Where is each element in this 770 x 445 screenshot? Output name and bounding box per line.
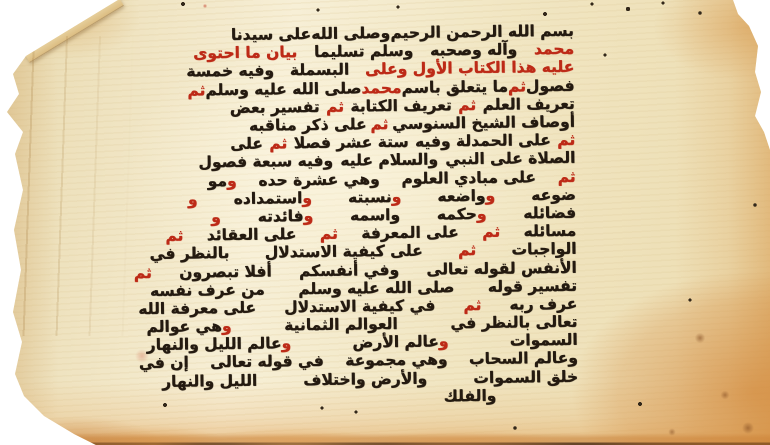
ink-text: وسلم تسليما — [314, 42, 413, 61]
rubric-text: ثم — [458, 96, 476, 114]
text-chunk: تعريف الكتابة — [350, 96, 452, 115]
text-chunk: على الحمدلة وفيه — [415, 131, 551, 151]
text-chunk: تفسير قوله — [488, 276, 577, 295]
ink-text: الأنفس لقوله تعالى — [426, 258, 577, 278]
ink-text: هي عوالم — [146, 317, 222, 336]
rubric-text: و — [302, 189, 312, 207]
ink-text: وفيه سبعة فصول — [198, 152, 333, 172]
text-chunk: على — [230, 135, 263, 153]
text-chunk: محمد — [361, 78, 401, 96]
ink-text: تعريف العلم — [482, 94, 574, 113]
text-chunk: في قوله تعالى — [210, 352, 324, 371]
ink-text: البسملة — [290, 61, 350, 80]
paper-sheet: بسم الله الرحمن الرحيموصلى اللهعلى سيدنا… — [0, 0, 770, 445]
text-chunk: في كيفية الاستدلال — [284, 296, 435, 316]
text-chunk: ثم — [557, 167, 575, 185]
rubric-text: ثم — [557, 167, 575, 185]
ink-text: والسلام عليه — [340, 151, 438, 170]
ink-text: وصلى الله — [311, 24, 390, 43]
rubric-text: و — [485, 186, 495, 204]
text-chunk: وهي عوالم — [146, 317, 231, 336]
text-chunk: و — [188, 190, 198, 208]
rubric-text: و — [477, 205, 487, 223]
text-chunk: على معرفة الله — [138, 298, 256, 317]
ink-text: مو — [207, 171, 227, 189]
ink-text: العوالم الثمانية — [284, 315, 398, 334]
ink-text: واسمه — [350, 206, 400, 225]
text-chunk: وعالم السحاب — [469, 349, 578, 368]
text-chunk: ثم — [508, 77, 526, 95]
text-chunk: البسملة — [290, 61, 350, 80]
ink-text: تعالى بالنظر في — [450, 313, 577, 333]
text-chunk: ثم — [187, 81, 205, 99]
text-chunk: على كيفية الاستدلال — [265, 242, 423, 262]
rubric-text: عليه هذا الكتاب الأول وعلى — [365, 58, 574, 79]
text-chunk: ثم — [326, 97, 344, 115]
text-chunk: ثم — [458, 241, 476, 259]
crease-texture — [16, 36, 141, 336]
text-chunk: الليل والنهار — [162, 371, 257, 390]
manuscript-text: بسم الله الرحمن الرحيموصلى اللهعلى سيدنا… — [182, 22, 579, 409]
text-chunk: ثم — [458, 96, 476, 114]
ink-text: وفيه خمسة — [186, 62, 274, 81]
text-chunk: على العقائد — [207, 225, 297, 244]
ink-text: ضوعه — [531, 185, 576, 204]
text-chunk: السموات — [510, 331, 578, 350]
rubric-text: ثم — [458, 241, 476, 259]
ink-text: على سيدنا — [231, 25, 311, 44]
text-chunk: ثم — [134, 263, 152, 281]
text-chunk: وعالم الليل والنهار — [146, 334, 291, 354]
text-chunk: ثم — [463, 296, 481, 314]
text-chunk: ضوعه — [531, 185, 576, 204]
text-chunk: ونسبته — [348, 188, 402, 207]
ink-text: عرف ربه — [509, 295, 577, 314]
text-chunk: فضائله — [523, 204, 576, 223]
text-chunk: وواضعه — [437, 186, 495, 205]
text-chunk: العوالم الثمانية — [284, 315, 398, 334]
rubric-text: ثم — [269, 134, 287, 152]
ink-text: والفلك — [443, 386, 496, 405]
rubric-text: ثم — [463, 296, 481, 314]
text-chunk: أوصاف الشيخ السنوسي — [392, 113, 575, 133]
ink-text: ما يتعلق باسم — [401, 77, 508, 96]
text-chunk: الصلاة على النبي — [445, 149, 575, 169]
ink-text: وهي عشرة حده — [258, 170, 380, 189]
text-chunk: والسلام عليه — [340, 151, 438, 170]
scanned-manuscript: بسم الله الرحمن الرحيموصلى اللهعلى سيدنا… — [0, 0, 770, 445]
text-chunk: وفيه سبعة فصول — [198, 152, 333, 172]
text-chunk: ثم — [557, 131, 575, 149]
ink-text: والأرض واختلاف — [303, 369, 427, 389]
ink-text: صلى الله عليه وسلم — [298, 278, 454, 298]
text-chunk: من عرف نفسه — [150, 280, 265, 299]
text-chunk: بسم الله الرحمن الرحيم — [390, 22, 574, 42]
text-chunk: عليه هذا الكتاب الأول وعلى — [365, 58, 574, 79]
ink-text: نسبته — [348, 188, 392, 207]
text-chunk: وحكمه — [437, 205, 487, 224]
text-chunk: خلق السموات — [473, 367, 578, 386]
text-chunk: وفائدته — [257, 207, 313, 226]
rubric-text: ثم — [326, 97, 344, 115]
text-chunk: أفلا تبصرون — [179, 262, 272, 281]
text-chunk: تعريف العلم — [482, 94, 574, 113]
ink-text: تفسير قوله — [488, 276, 577, 295]
text-chunk: عرف ربه — [509, 295, 577, 314]
text-chunk: واستمداده — [233, 189, 312, 208]
rubric-text: بيان ما احتوى — [193, 43, 297, 62]
text-chunk: إن في — [139, 354, 189, 373]
ink-text: صلى الله عليه وسلم — [205, 79, 361, 99]
text-chunk: وهي مجموعة — [345, 351, 448, 370]
text-chunk: ستة عشر فصلا — [293, 133, 408, 152]
text-chunk: ثم — [482, 223, 500, 241]
text-chunk: تعالى بالنظر في — [450, 313, 577, 333]
text-chunk: على ذكر مناقبه — [249, 115, 367, 134]
ink-text: بسم الله الرحمن الرحيم — [390, 22, 574, 42]
rubric-text: و — [188, 190, 198, 208]
text-chunk: واسمه — [350, 206, 400, 225]
text-chunk: وفيه خمسة — [186, 62, 274, 81]
ink-text: واضعه — [437, 186, 485, 205]
rubric-text: و — [281, 334, 291, 352]
rubric-text: و — [222, 317, 232, 335]
ink-text: مسائله — [523, 222, 576, 241]
ink-text: أفلا تبصرون — [179, 262, 272, 281]
ink-text: فائدته — [257, 207, 303, 226]
ink-text: عالم الليل والنهار — [146, 334, 281, 354]
ink-text: بالنظر في — [149, 244, 229, 263]
ink-text: تعريف الكتابة — [350, 96, 452, 115]
text-chunk: وسلم تسليما — [314, 42, 413, 61]
ink-text: أوصاف الشيخ السنوسي — [392, 113, 575, 133]
ink-text: وآله وصحبه — [430, 41, 517, 60]
ink-text: تفسير بعض — [230, 98, 320, 117]
ink-text: السموات — [510, 331, 578, 350]
text-chunk: مسائله — [523, 222, 576, 241]
ink-text: استمداده — [233, 189, 302, 208]
text-chunk: صلى الله عليه وسلم — [298, 278, 454, 298]
text-chunk: و — [211, 208, 221, 226]
rubric-text: ثم — [165, 227, 183, 245]
text-chunk: تفسير بعض — [230, 98, 320, 117]
rubric-text: ثم — [370, 115, 388, 133]
ink-text: في كيفية الاستدلال — [284, 296, 435, 316]
rubric-text: ثم — [557, 131, 575, 149]
text-chunk: ثم — [269, 134, 287, 152]
ink-text: الليل والنهار — [162, 371, 257, 390]
ink-text: ستة عشر فصلا — [293, 133, 408, 152]
ink-text: الصلاة على النبي — [445, 149, 575, 169]
rubric-text: و — [391, 188, 401, 206]
text-chunk: ثم — [165, 227, 183, 245]
ink-text: خلق السموات — [473, 367, 578, 386]
text-chunk: وهي عشرة حده — [258, 170, 380, 189]
ink-text: حكمه — [437, 205, 477, 223]
text-chunk: الواجبات — [511, 240, 576, 259]
ink-text: على المعرفة — [361, 223, 459, 242]
ink-text: على كيفية الاستدلال — [265, 242, 423, 262]
ink-text: عالم الأرض — [352, 333, 439, 352]
ink-text: فضائله — [523, 204, 576, 223]
ink-text: على الحمدلة وفيه — [415, 131, 551, 151]
ink-text: وفي أنفسكم — [299, 260, 399, 279]
rubric-text: و — [211, 208, 221, 226]
rubric-text: ثم — [320, 225, 338, 243]
ink-text: وعالم السحاب — [469, 349, 578, 368]
ink-text: فصول — [526, 76, 575, 95]
text-chunk: بالنظر في — [149, 244, 229, 263]
text-chunk: الأنفس لقوله تعالى — [426, 258, 577, 278]
text-chunk: ومو — [207, 171, 236, 189]
ink-text: على العقائد — [207, 225, 297, 244]
text-chunk: والأرض واختلاف — [303, 369, 427, 389]
text-chunk: وفي أنفسكم — [299, 260, 399, 279]
ink-text: في قوله تعالى — [210, 352, 324, 371]
text-chunk: ثم — [370, 115, 388, 133]
text-chunk: وعالم الأرض — [352, 332, 448, 351]
text-chunk: والفلك — [443, 386, 496, 405]
ink-text: على معرفة الله — [138, 298, 256, 317]
rubric-text: و — [439, 332, 449, 350]
rubric-text: ثم — [134, 263, 152, 281]
text-chunk: على المعرفة — [361, 223, 459, 242]
ink-text: على — [230, 135, 263, 153]
text-chunk: ثم — [320, 225, 338, 243]
rubric-text: محمد — [361, 78, 401, 96]
ink-text: وهي مجموعة — [345, 351, 448, 370]
rubric-text: ثم — [508, 77, 526, 95]
ink-text: على مبادي العلوم — [401, 168, 536, 188]
text-chunk: بيان ما احتوى — [193, 43, 297, 62]
rubric-text: ثم — [482, 223, 500, 241]
text-chunk: على مبادي العلوم — [401, 168, 536, 188]
text-chunk: على سيدنا — [231, 25, 311, 44]
text-chunk: فصول — [526, 76, 575, 95]
text-chunk: ما يتعلق باسم — [401, 77, 508, 96]
rubric-text: و — [303, 207, 313, 225]
text-chunk: وآله وصحبه — [430, 41, 517, 60]
text-chunk: صلى الله عليه وسلم — [205, 79, 361, 99]
rubric-text: محمد — [534, 40, 574, 58]
ink-text: إن في — [139, 354, 189, 373]
text-chunk: وصلى الله — [311, 24, 390, 43]
ink-text: من عرف نفسه — [150, 280, 265, 299]
rubric-text: ثم — [187, 81, 205, 99]
text-chunk: محمد — [534, 40, 574, 58]
ink-text: على ذكر مناقبه — [249, 115, 367, 134]
rubric-text: و — [227, 171, 237, 189]
ink-text: الواجبات — [511, 240, 576, 259]
